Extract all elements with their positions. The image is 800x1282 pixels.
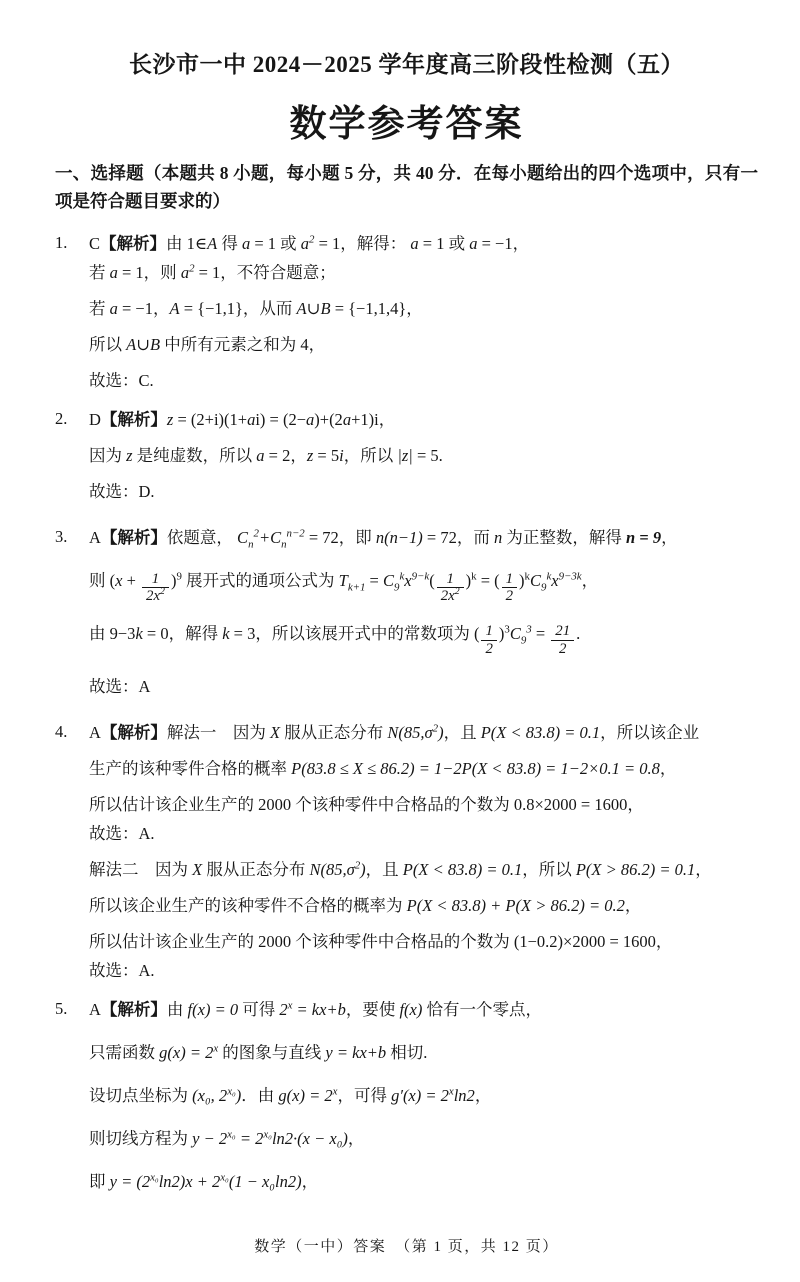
plain-text: 即	[89, 1172, 110, 1191]
math-text: 2x = kx+b	[279, 1000, 346, 1019]
math-text: N(85,σ2)	[387, 723, 443, 742]
math-text: g′(x) = 2xln2	[391, 1086, 475, 1105]
math-text: a	[256, 446, 264, 465]
text-line: C【解析】由 1∈A 得 a = 1 或 a2 = 1，解得： a = 1 或 …	[89, 230, 758, 258]
plain-text: A	[89, 1000, 101, 1019]
math-text: X	[270, 723, 280, 742]
plain-text: ，	[348, 1129, 365, 1148]
plain-text: 则切线方程为	[89, 1129, 192, 1148]
question-body: D【解析】z = (2+i)(1+ai) = (2−a)+(2a+1)i，因为 …	[89, 405, 758, 514]
plain-text: ，	[695, 860, 712, 879]
plain-text: +1)i，	[351, 410, 395, 429]
plain-text: = 1，则	[118, 263, 181, 282]
math-text: B	[320, 299, 330, 318]
plain-text: 所以	[89, 335, 126, 354]
plain-text: 生产的该种零件合格的概率	[89, 759, 291, 778]
fraction: 212	[551, 623, 574, 657]
text-line: 故选：D.	[89, 478, 758, 506]
document-page: 长沙市一中 2024－2025 学年度高三阶段性检测（五） 数学参考答案 一、选…	[0, 0, 800, 1282]
math-text: f(x) = 0	[188, 1000, 239, 1019]
section-heading: 一、选择题（本题共 8 小题，每小题 5 分，共 40 分．在每小题给出的四个选…	[55, 159, 758, 216]
text-line: 所以估计该企业生产的 2000 个该种零件中合格品的个数为 0.8×2000 =…	[89, 791, 758, 819]
question-number: 2.	[55, 405, 89, 514]
plain-text: 得	[217, 234, 242, 253]
math-text: C93	[510, 624, 532, 643]
math-text: P(X < 83.8) = 0.1	[481, 723, 600, 742]
fraction: 12x2	[437, 571, 464, 605]
plain-text: 为正整数，解得	[502, 528, 626, 547]
plain-text: 故选：A.	[89, 824, 155, 843]
plain-text: 所以该企业生产的该种零件不合格的概率为	[89, 896, 407, 915]
plain-text: 是纯虚数，所以	[133, 446, 257, 465]
plain-text: = (2+i)(1+	[173, 410, 247, 429]
plain-text: = −1，	[477, 234, 529, 253]
fraction-denominator: 2	[481, 641, 496, 658]
text-line: 故选：A.	[89, 957, 758, 985]
plain-text: =	[532, 624, 550, 643]
math-text: a2	[301, 234, 315, 253]
plain-text: ．由	[241, 1086, 278, 1105]
math-text: A	[170, 299, 180, 318]
plain-text: ，要使	[346, 1000, 400, 1019]
fraction-numerator: 21	[551, 623, 574, 641]
plain-text: 故选：D.	[89, 482, 155, 501]
plain-text: 可得	[238, 1000, 279, 1019]
page-footer: 数学（一中）答案 （第 1 页，共 12 页）	[55, 1223, 758, 1282]
math-text: a	[242, 234, 250, 253]
math-text: X	[192, 860, 202, 879]
math-text: A	[126, 335, 136, 354]
fraction-numerator: 1	[481, 623, 496, 641]
fraction: 12	[502, 571, 517, 605]
plain-text: = 5	[313, 446, 339, 465]
plain-text: .	[576, 624, 580, 643]
plain-text: C	[89, 234, 100, 253]
math-text: g(x) = 2x	[278, 1086, 337, 1105]
text-line: 解法二 因为 X 服从正态分布 N(85,σ2)，且 P(X < 83.8) =…	[89, 856, 758, 884]
plain-text: ，可得	[337, 1086, 391, 1105]
plain-text: 的图象与直线	[218, 1043, 325, 1062]
fraction-denominator: 2	[551, 641, 574, 658]
text-line: 则切线方程为 y − 2x₀ = 2x₀ln2·(x − x₀)，	[89, 1125, 758, 1153]
plain-text: 解法一 因为	[167, 723, 270, 742]
plain-text: )9 展开式的通项公式为	[171, 571, 339, 590]
plain-text: )3	[499, 624, 510, 643]
plain-text: 服从正态分布	[280, 723, 387, 742]
exam-header-title: 长沙市一中 2024－2025 学年度高三阶段性检测（五）	[55, 46, 758, 79]
math-text: a2	[181, 263, 195, 282]
question: 4.A【解析】解法一 因为 X 服从正态分布 N(85,σ2)，且 P(X < …	[55, 718, 758, 986]
fraction-denominator: 2x2	[142, 588, 169, 605]
plain-text: ，	[582, 571, 599, 590]
text-line: 只需函数 g(x) = 2x 的图象与直线 y = kx+b 相切.	[89, 1039, 758, 1067]
math-text: B	[150, 335, 160, 354]
plain-text: 所以估计该企业生产的 2000 个该种零件中合格品的个数为 0.8×2000 =…	[89, 795, 644, 814]
fraction: 12x2	[142, 571, 169, 605]
math-text: N(85,σ2)	[309, 860, 365, 879]
plain-text: )k	[519, 571, 530, 590]
question-body: A【解析】解法一 因为 X 服从正态分布 N(85,σ2)，且 P(X < 83…	[89, 718, 758, 986]
plain-text: A	[89, 723, 101, 742]
text-line: A【解析】解法一 因为 X 服从正态分布 N(85,σ2)，且 P(X < 83…	[89, 719, 758, 747]
plain-text: = −1，	[118, 299, 170, 318]
plain-text: 故选：A	[89, 677, 150, 696]
text-line: 因为 z 是纯虚数，所以 a = 2，z = 5i，所以 |z| = 5.	[89, 442, 758, 470]
question: 1.C【解析】由 1∈A 得 a = 1 或 a2 = 1，解得： a = 1 …	[55, 229, 758, 396]
plain-text: 故选：A.	[89, 961, 155, 980]
question: 5.A【解析】由 f(x) = 0 可得 2x = kx+b，要使 f(x) 恰…	[55, 995, 758, 1211]
plain-text: 则 (	[89, 571, 115, 590]
plain-text: = {−1,1}，从而	[180, 299, 297, 318]
plain-text: ，	[661, 528, 678, 547]
text-line: 故选：A	[89, 673, 758, 701]
plain-text: = {−1,1,4}，	[331, 299, 423, 318]
text-line: 即 y = (2x₀ln2)x + 2x₀(1 − x₀ln2)，	[89, 1168, 758, 1196]
plain-text: 故选：C.	[89, 371, 154, 390]
math-text: y − 2x₀ = 2x₀ln2·(x − x₀)	[192, 1129, 348, 1148]
plain-text: = 0，解得	[143, 624, 222, 643]
plain-text: ，	[625, 896, 642, 915]
math-text: y = kx+b	[325, 1043, 386, 1062]
math-text: |z|	[397, 446, 413, 465]
math-text: A	[207, 234, 217, 253]
math-text: n = 9	[626, 528, 661, 547]
plain-text: (	[429, 571, 435, 590]
plain-text: ，	[475, 1086, 492, 1105]
plain-text: ，	[660, 759, 677, 778]
math-text: P(X < 83.8) + P(X > 86.2) = 0.2	[407, 896, 625, 915]
plain-text: = 1 或	[419, 234, 470, 253]
plain-text: = 1 或	[250, 234, 301, 253]
question: 2.D【解析】z = (2+i)(1+ai) = (2−a)+(2a+1)i，因…	[55, 405, 758, 514]
plain-text: )k = (	[466, 571, 500, 590]
fraction-numerator: 1	[502, 571, 517, 589]
math-text: a	[110, 299, 118, 318]
math-text: g(x) = 2x	[159, 1043, 218, 1062]
text-line: 若 a = 1，则 a2 = 1，不符合题意；	[89, 259, 758, 287]
text-line: 所以估计该企业生产的 2000 个该种零件中合格品的个数为 (1−0.2)×20…	[89, 928, 758, 956]
math-text: Tk+1	[339, 571, 366, 590]
plain-text: ，所以	[344, 446, 398, 465]
question-body: A【解析】依题意， Cn2+Cnn−2 = 72，即 n(n−1) = 72，而…	[89, 523, 758, 709]
plain-text: 依题意，	[167, 528, 237, 547]
fraction-denominator: 2x2	[437, 588, 464, 605]
text-line: 设切点坐标为 (x₀, 2x₀)．由 g(x) = 2x，可得 g′(x) = …	[89, 1082, 758, 1110]
bold-text: 【解析】	[101, 528, 167, 547]
plain-text: ，且	[366, 860, 403, 879]
plain-text: ，所以	[522, 860, 576, 879]
plain-text: 只需函数	[89, 1043, 159, 1062]
math-text: a	[110, 263, 118, 282]
question: 3.A【解析】依题意， Cn2+Cnn−2 = 72，即 n(n−1) = 72…	[55, 523, 758, 709]
plain-text: )+(2	[314, 410, 343, 429]
plain-text: 由 1∈	[166, 234, 207, 253]
plain-text: = 3，所以该展开式中的常数项为 (	[230, 624, 480, 643]
questions-container: 1.C【解析】由 1∈A 得 a = 1 或 a2 = 1，解得： a = 1 …	[55, 220, 758, 1212]
plain-text: 因为	[89, 446, 126, 465]
math-text: C9kx9−3k	[530, 571, 582, 590]
doc-title: 数学参考答案	[55, 93, 758, 147]
math-text: f(x)	[399, 1000, 422, 1019]
plain-text: ∪	[307, 299, 321, 318]
text-line: 生产的该种零件合格的概率 P(83.8 ≤ X ≤ 86.2) = 1−2P(X…	[89, 755, 758, 783]
bold-text: 【解析】	[100, 234, 166, 253]
question-number: 1.	[55, 229, 89, 396]
text-line: A【解析】依题意， Cn2+Cnn−2 = 72，即 n(n−1) = 72，而…	[89, 524, 758, 552]
plain-text: A	[89, 528, 101, 547]
math-text: P(X > 86.2) = 0.1	[576, 860, 695, 879]
text-line: A【解析】由 f(x) = 0 可得 2x = kx+b，要使 f(x) 恰有一…	[89, 996, 758, 1024]
math-text: k	[135, 624, 142, 643]
plain-text: = 5.	[413, 446, 443, 465]
math-text: n(n−1)	[376, 528, 423, 547]
plain-text: 中所有元素之和为 4，	[160, 335, 325, 354]
plain-text: 解法二 因为	[89, 860, 192, 879]
plain-text: 服从正态分布	[202, 860, 309, 879]
plain-text: = 72，而	[423, 528, 494, 547]
text-line: 若 a = −1，A = {−1,1}，从而 A∪B = {−1,1,4}，	[89, 295, 758, 323]
fraction-denominator: 2	[502, 588, 517, 605]
question-number: 4.	[55, 718, 89, 986]
math-text: n	[494, 528, 502, 547]
plain-text: = 72，即	[305, 528, 376, 547]
question-body: C【解析】由 1∈A 得 a = 1 或 a2 = 1，解得： a = 1 或 …	[89, 229, 758, 396]
text-line: 由 9−3k = 0，解得 k = 3，所以该展开式中的常数项为 (12)3C9…	[89, 620, 758, 658]
plain-text: 相切.	[386, 1043, 427, 1062]
plain-text: i) = (2−	[255, 410, 306, 429]
math-text: (x₀, 2x₀)	[192, 1086, 241, 1105]
math-text: k	[222, 624, 229, 643]
plain-text: ，所以该企业	[600, 723, 699, 742]
plain-text: D	[89, 410, 101, 429]
text-line: 所以 A∪B 中所有元素之和为 4，	[89, 331, 758, 359]
plain-text: ，	[302, 1172, 319, 1191]
math-text: y = (2x₀ln2)x + 2x₀(1 − x₀ln2)	[110, 1172, 302, 1191]
math-text: C9kx9−k	[383, 571, 429, 590]
math-text: A	[297, 299, 307, 318]
bold-text: 【解析】	[101, 1000, 167, 1019]
plain-text: = 1，解得：	[314, 234, 410, 253]
plain-text: ∪	[136, 335, 150, 354]
bold-text: 【解析】	[101, 723, 167, 742]
text-line: 故选：A.	[89, 820, 758, 848]
question-number: 3.	[55, 523, 89, 709]
plain-text: 所以估计该企业生产的 2000 个该种零件中合格品的个数为 (1−0.2)×20…	[89, 932, 672, 951]
question-body: A【解析】由 f(x) = 0 可得 2x = kx+b，要使 f(x) 恰有一…	[89, 995, 758, 1211]
bold-text: 【解析】	[101, 410, 167, 429]
math-text: P(83.8 ≤ X ≤ 86.2) = 1−2P(X < 83.8) = 1−…	[291, 759, 660, 778]
math-text: P(X < 83.8) = 0.1	[403, 860, 522, 879]
plain-text: =	[365, 571, 383, 590]
plain-text: +	[122, 571, 140, 590]
math-text: Cn2+Cnn−2	[237, 528, 305, 547]
plain-text: 由	[167, 1000, 188, 1019]
question-number: 5.	[55, 995, 89, 1211]
plain-text: ，且	[444, 723, 481, 742]
text-line: D【解析】z = (2+i)(1+ai) = (2−a)+(2a+1)i，	[89, 406, 758, 434]
plain-text: = 2，	[265, 446, 307, 465]
text-line: 所以该企业生产的该种零件不合格的概率为 P(X < 83.8) + P(X > …	[89, 892, 758, 920]
plain-text: 设切点坐标为	[89, 1086, 192, 1105]
fraction: 12	[481, 623, 496, 657]
plain-text: 恰有一个零点，	[422, 1000, 542, 1019]
plain-text: 若	[89, 263, 110, 282]
plain-text: 若	[89, 299, 110, 318]
plain-text: 由 9−3	[89, 624, 135, 643]
text-line: 故选：C.	[89, 367, 758, 395]
text-line: 则 (x + 12x2)9 展开式的通项公式为 Tk+1 = C9kx9−k(1…	[89, 567, 758, 605]
plain-text: = 1，不符合题意；	[195, 263, 336, 282]
math-text: a	[343, 410, 351, 429]
math-text: a	[410, 234, 418, 253]
